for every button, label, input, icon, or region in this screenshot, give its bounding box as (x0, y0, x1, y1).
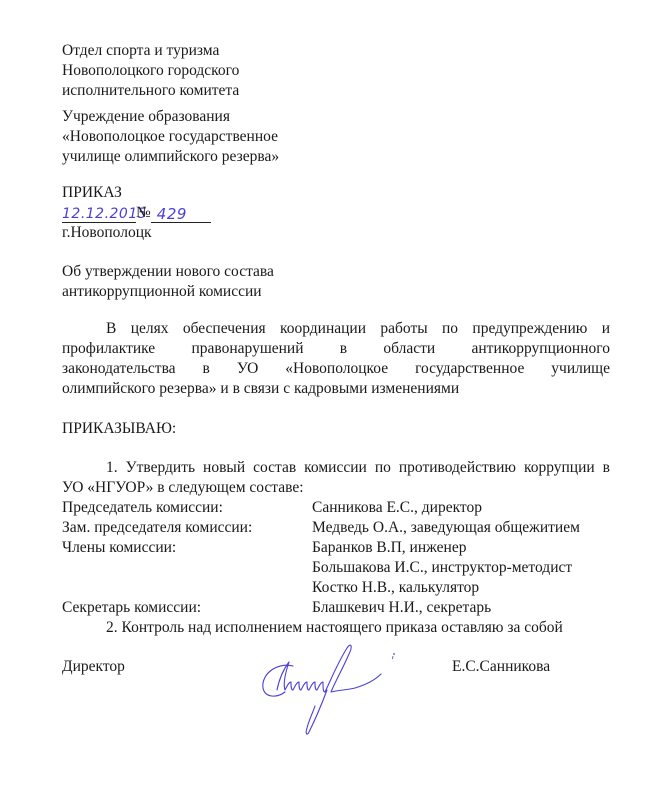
order-document: Отдел спорта и туризма Новополоцкого гор… (0, 0, 655, 806)
order-date-number: 12.12.2015 № 429 (62, 203, 211, 223)
subject-line: Об утверждении нового состава (62, 262, 274, 282)
preamble-paragraph: В целях обеспечения координации работы п… (62, 319, 610, 399)
committee-person: Большакова И.С., инструктор-методист (312, 558, 572, 578)
signature-name: Е.С.Санникова (452, 657, 550, 677)
order-city: г.Новополоцк (62, 223, 152, 243)
item1-line: УО «НГУОР» в следующем составе: (62, 478, 610, 498)
committee-person: Блашкевич Н.И., секретарь (312, 598, 491, 618)
department-line: Новополоцкого городского (62, 61, 239, 81)
handwritten-number: 429 (157, 205, 187, 223)
subject-line: антикоррупционной комиссии (62, 282, 274, 302)
handwritten-date: 12.12.2015 (62, 206, 147, 222)
number-field: 429 (151, 204, 211, 223)
institution-line: Учреждение образования (62, 107, 279, 127)
department-line: исполнительного комитета (62, 81, 239, 101)
department-line: Отдел спорта и туризма (62, 41, 239, 61)
preamble-line: законодательства в УО «Новополоцкое госу… (62, 359, 610, 379)
date-field: 12.12.2015 (62, 204, 136, 223)
institution-line: училище олимпийского резерва» (62, 147, 279, 167)
order-title: ПРИКАЗ (62, 183, 122, 203)
decree-item-1: 1. Утвердить новый состав комиссии по пр… (62, 458, 610, 498)
committee-role: Секретарь комиссии: (62, 598, 201, 618)
signature-icon (255, 640, 415, 740)
number-label: № (136, 204, 151, 221)
preamble-line: олимпийского резерва» и в связи с кадров… (62, 379, 610, 399)
order-subject: Об утверждении нового состава антикорруп… (62, 262, 274, 302)
committee-person: Костко Н.В., калькулятор (312, 578, 479, 598)
decree-heading: ПРИКАЗЫВАЮ: (62, 419, 176, 439)
institution-header: Учреждение образования «Новополоцкое гос… (62, 107, 279, 167)
institution-line: «Новополоцкое государственное (62, 127, 279, 147)
committee-person: Санникова Е.С., директор (312, 498, 482, 518)
committee-person: Баранков В.П, инженер (312, 538, 466, 558)
department-header: Отдел спорта и туризма Новополоцкого гор… (62, 41, 239, 101)
committee-role: Председатель комиссии: (62, 498, 223, 518)
signature-position: Директор (62, 657, 125, 677)
committee-person: Медведь О.А., заведующая общежитием (312, 518, 580, 538)
preamble-line: В целях обеспечения координации работы п… (62, 319, 610, 339)
committee-role: Зам. председателя комиссии: (62, 518, 252, 538)
committee-role: Члены комиссии: (62, 538, 176, 558)
preamble-line: профилактике правонарушений в области ан… (62, 339, 610, 359)
item1-line: 1. Утвердить новый состав комиссии по пр… (62, 458, 610, 478)
decree-item-2: 2. Контроль над исполнением настоящего п… (106, 618, 563, 638)
